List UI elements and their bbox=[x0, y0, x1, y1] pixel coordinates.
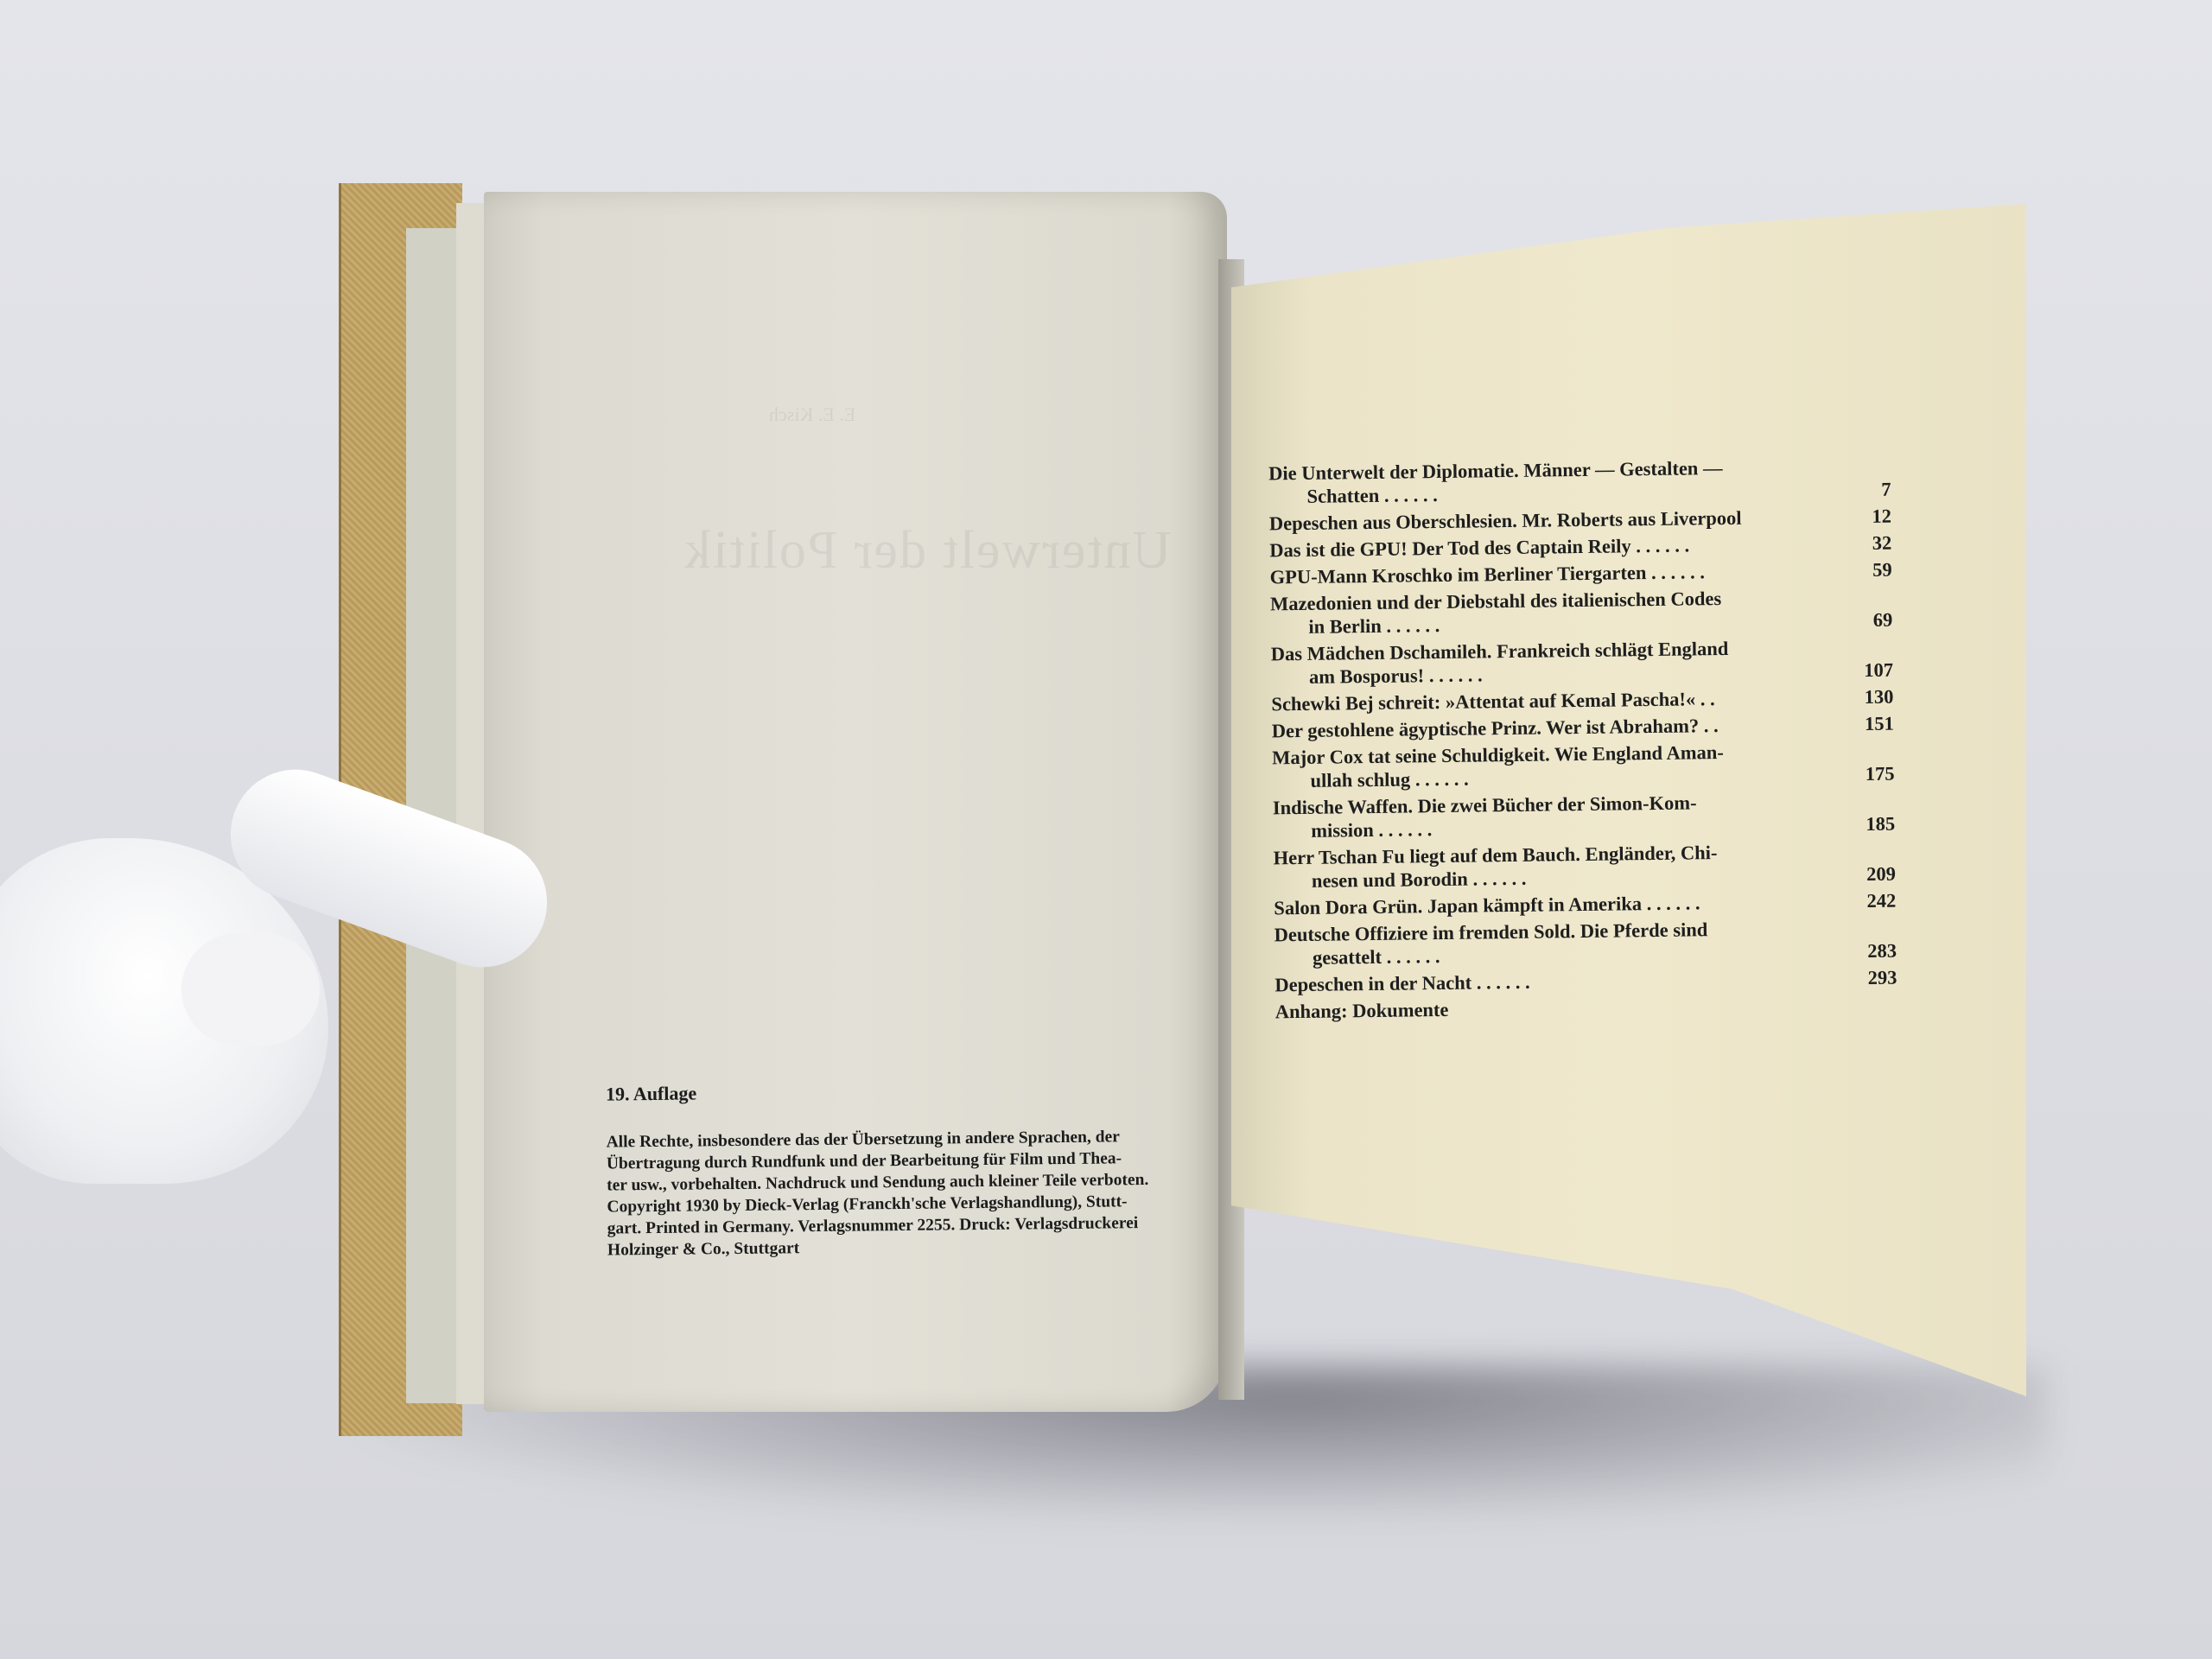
toc-entry: Herr Tschan Fu liegt auf dem Bauch. Engl… bbox=[1273, 839, 1896, 893]
toc-page-number: 107 bbox=[1848, 658, 1893, 683]
toc-entry-title: Das Mädchen Dschamileh. Frankreich schlä… bbox=[1271, 638, 1729, 664]
toc-entry: Der gestohlene ägyptische Prinz. Wer ist… bbox=[1272, 712, 1894, 743]
toc-entry-title: Depeschen aus Oberschlesien. Mr. Roberts… bbox=[1269, 505, 1847, 535]
toc-entry-title: Das ist die GPU! Der Tod des Captain Rei… bbox=[1269, 535, 1631, 561]
toc-page-number: 151 bbox=[1849, 712, 1894, 736]
table-of-contents: Die Unterwelt der Diplomatie. Männer — G… bbox=[1268, 454, 1897, 1027]
imprint-block: 19. Auflage Alle Rechte, insbesondere da… bbox=[606, 1077, 1195, 1261]
toc-entry-title: Salon Dora Grün. Japan kämpft in Amerika bbox=[1274, 893, 1642, 918]
toc-entry-title: Mazedonien und der Diebstahl des italien… bbox=[1270, 588, 1721, 614]
toc-entry-title: Deutsche Offiziere im fremden Sold. Die … bbox=[1274, 918, 1708, 945]
white-gloved-hand bbox=[0, 734, 588, 1184]
toc-page-number: 12 bbox=[1847, 505, 1891, 529]
toc-entry: Depeschen aus Oberschlesien. Mr. Roberts… bbox=[1269, 505, 1891, 536]
toc-entry: Salon Dora Grün. Japan kämpft in Amerika… bbox=[1274, 889, 1896, 920]
toc-page-number: 69 bbox=[1847, 608, 1892, 632]
toc-entry: Major Cox tat seine Schuldigkeit. Wie En… bbox=[1272, 739, 1895, 793]
toc-page-number: 32 bbox=[1847, 531, 1891, 556]
toc-page-number: 209 bbox=[1851, 862, 1896, 887]
toc-entry-title: Die Unterwelt der Diplomatie. Männer — G… bbox=[1268, 457, 1723, 484]
toc-page-number: 175 bbox=[1849, 762, 1894, 786]
toc-entry-title: Herr Tschan Fu liegt auf dem Bauch. Engl… bbox=[1273, 842, 1717, 868]
toc-page-number bbox=[1853, 1016, 1897, 1017]
rights-notice: Alle Rechte, insbesondere das der Überse… bbox=[607, 1125, 1196, 1261]
toc-page-number: 59 bbox=[1847, 558, 1891, 582]
toc-entry: Depeschen in der Nacht . . . . . . 293 bbox=[1274, 966, 1897, 997]
toc-entry: Deutsche Offiziere im fremden Sold. Die … bbox=[1274, 916, 1897, 970]
toc-page-number: 293 bbox=[1852, 966, 1897, 990]
toc-page-number: 283 bbox=[1852, 939, 1897, 963]
toc-page-number: 7 bbox=[1846, 478, 1891, 502]
toc-entry: Das Mädchen Dschamileh. Frankreich schlä… bbox=[1271, 635, 1894, 690]
toc-entry-title: Anhang: Dokumente bbox=[1275, 993, 1853, 1023]
show-through-author: E. E. Kisch bbox=[769, 404, 855, 426]
toc-page-number: 130 bbox=[1848, 685, 1893, 709]
toc-page-number: 185 bbox=[1850, 812, 1895, 836]
toc-entry-title: Schewki Bej schreit: »Attentat auf Kemal… bbox=[1271, 688, 1695, 715]
show-through-title: Unterwelt der Politik bbox=[683, 520, 1171, 582]
toc-entry-title: Depeschen in der Nacht bbox=[1274, 972, 1471, 996]
toc-entry: Indische Waffen. Die zwei Bücher der Sim… bbox=[1273, 789, 1896, 843]
toc-entry: Das ist die GPU! Der Tod des Captain Rei… bbox=[1269, 531, 1891, 563]
toc-entry: Mazedonien und der Diebstahl des italien… bbox=[1270, 585, 1893, 639]
toc-entry: Anhang: Dokumente bbox=[1275, 993, 1897, 1024]
toc-entry-title: GPU-Mann Kroschko im Berliner Tiergarten bbox=[1270, 562, 1647, 588]
glove-knuckle bbox=[181, 933, 320, 1046]
toc-page-number: 242 bbox=[1851, 889, 1896, 913]
toc-entry-title: Der gestohlene ägyptische Prinz. Wer ist… bbox=[1272, 715, 1700, 741]
toc-entry: Schewki Bej schreit: »Attentat auf Kemal… bbox=[1271, 685, 1893, 716]
toc-entry-title: Major Cox tat seine Schuldigkeit. Wie En… bbox=[1272, 741, 1724, 768]
toc-entry: GPU-Mann Kroschko im Berliner Tiergarten… bbox=[1269, 558, 1891, 589]
toc-entry: Die Unterwelt der Diplomatie. Männer — G… bbox=[1268, 454, 1891, 509]
toc-entry-title: Indische Waffen. Die zwei Bücher der Sim… bbox=[1273, 791, 1697, 818]
